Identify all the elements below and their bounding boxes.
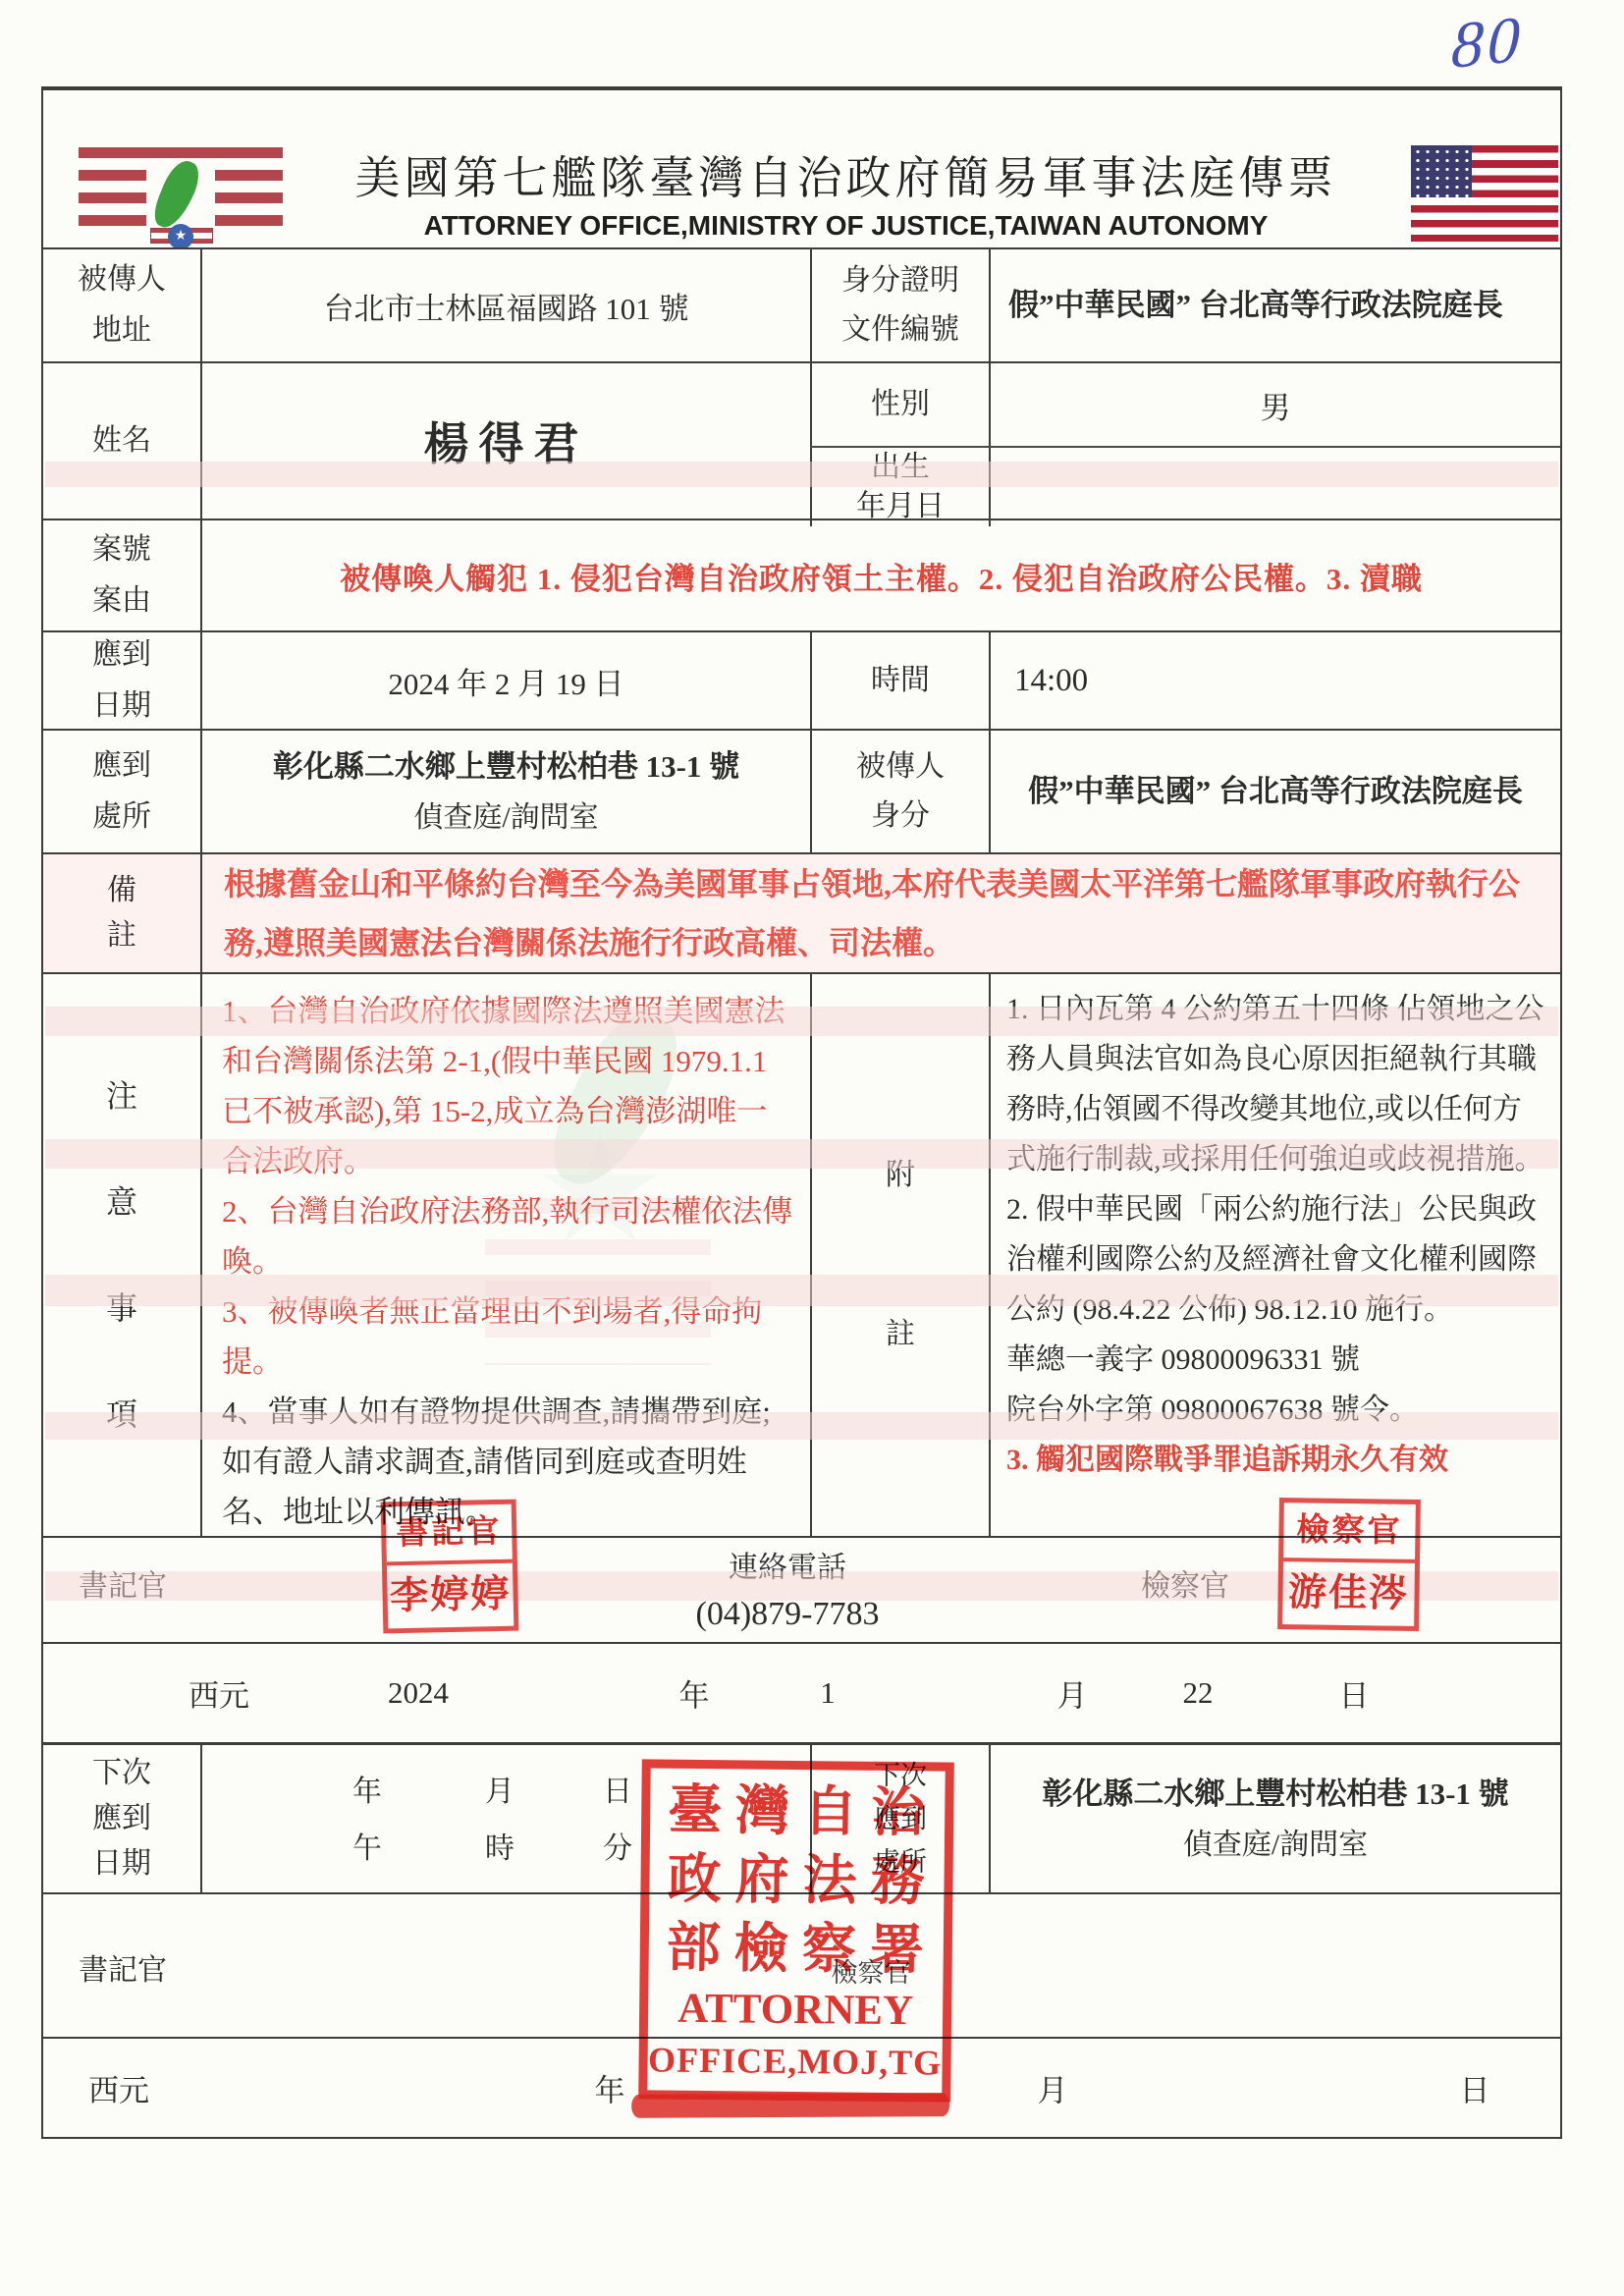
- field-row-case: 案號 案由 被傳喚人觸犯 1. 侵犯台灣自治政府領土主權。2. 侵犯自治政府公民…: [43, 519, 1560, 630]
- gender-value: 男: [991, 363, 1560, 446]
- field-row-appearance-date: 應到 日期 2024 年 2 月 19 日 時間 14:00: [43, 630, 1560, 729]
- notice-item: 1、台灣自治政府依據國際法遵照美國憲法和台灣關係法第 2-1,(假中華民國 19…: [222, 986, 796, 1186]
- issue-month-value: 1: [820, 1675, 836, 1711]
- issue-day-value: 22: [1183, 1675, 1214, 1711]
- notice-items: 1、台灣自治政府依據國際法遵照美國憲法和台灣關係法第 2-1,(假中華民國 19…: [202, 974, 810, 1536]
- field-row-address: 被傳人 地址 台北市士林區福國路 101 號 身分證明 文件編號 假”中華民國”…: [43, 247, 1560, 361]
- contact-phone: 連絡電話 (04)879-7783: [696, 1546, 880, 1638]
- phone-value: (04)879-7783: [696, 1591, 880, 1638]
- attorney-office-seal-stamp: 臺灣自治 政府法務 部檢察署 ATTORNEY OFFICE,MOJ,TG: [638, 1759, 954, 2102]
- address-label: 被傳人 地址: [43, 249, 202, 361]
- case-reason-value: 被傳喚人觸犯 1. 侵犯台灣自治政府領土主權。2. 侵犯自治政府公民權。3. 瀆…: [202, 520, 1560, 630]
- month-unit: 月: [1057, 1671, 1088, 1716]
- summoned-identity-label: 被傳人 身分: [810, 731, 991, 852]
- appearance-date-label: 應到 日期: [43, 632, 202, 729]
- taiwan-autonomy-flag-icon: ★: [79, 147, 283, 238]
- us-flag-icon: [1411, 145, 1558, 242]
- appendix-item: 3. 觸犯國際戰爭罪追訴期永久有效: [1006, 1435, 1550, 1485]
- appendix-items: 1. 日內瓦第 4 公約第五十四條 佔領地之公務人員與法官如為良心原因拒絕執行其…: [991, 974, 1560, 1536]
- issue-date-row: 西元 2024 年 1 月 22 日: [43, 1642, 1560, 1742]
- id-document-label: 身分證明 文件編號: [810, 249, 991, 361]
- case-label: 案號 案由: [43, 520, 202, 630]
- appearance-date-value: 2024 年 2 月 19 日: [202, 632, 810, 729]
- scanned-summons-page: 80 ★ ★ 美國第七艦隊臺灣自治政府簡易軍事法庭傳票 ATTORNEY O: [0, 0, 1624, 2296]
- prosecutor-label: 檢察官: [1141, 1561, 1229, 1605]
- clerk-stamp-name: 李婷婷: [387, 1563, 514, 1629]
- bottom-clerk-label: 書記官: [79, 1945, 167, 1989]
- us-flag-canton: [1411, 145, 1472, 197]
- next-place-value: 彰化縣二水鄉上豐村松柏巷 13-1 號 偵查庭/詢問室: [991, 1745, 1560, 1892]
- id-document-value: 假”中華民國” 台北高等行政法院庭長: [991, 249, 1560, 361]
- clerk-stamp-title: 書記官: [386, 1504, 513, 1566]
- phone-label: 連絡電話: [696, 1546, 880, 1591]
- appearance-place-label: 應到 處所: [43, 731, 202, 852]
- summons-form: ★ ★ 美國第七艦隊臺灣自治政府簡易軍事法庭傳票 ATTORNEY OFFICE…: [41, 86, 1562, 2139]
- era-label: 西元: [189, 1671, 249, 1716]
- field-row-name: 姓名 楊得君 性別 男 出生 年月日: [43, 361, 1560, 519]
- notice-label: 注 意 事 項: [43, 974, 202, 1536]
- prosecutor-stamp-name: 游佳涔: [1282, 1561, 1415, 1626]
- bottom-month-unit: 月: [1038, 2066, 1068, 2110]
- star-icon: ★: [175, 229, 188, 244]
- handwritten-page-number: 80: [1450, 2, 1525, 84]
- appendix-item: 1. 日內瓦第 4 公約第五十四條 佔領地之公務人員與法官如為良心原因拒絕執行其…: [1006, 984, 1550, 1184]
- address-value: 台北市士林區福國路 101 號: [202, 249, 810, 361]
- form-subtitle: ATTORNEY OFFICE,MINISTRY OF JUSTICE,TAIW…: [289, 206, 1403, 246]
- summoned-identity-value: 假”中華民國” 台北高等行政法院庭長: [991, 731, 1560, 852]
- appearance-place-value: 彰化縣二水鄉上豐村松柏巷 13-1 號 偵查庭/詢問室: [202, 731, 810, 852]
- time-value: 14:00: [991, 632, 1560, 729]
- clerk-label: 書記官: [79, 1561, 167, 1605]
- appendix-item: 院台外字第 09800067638 號令。: [1006, 1385, 1550, 1435]
- bottom-year-unit: 年: [595, 2066, 625, 2110]
- day-unit: 日: [1339, 1671, 1370, 1716]
- name-label: 姓名: [43, 363, 202, 519]
- clerk-name-stamp: 書記官 李婷婷: [381, 1500, 519, 1634]
- remarks-text: 根據舊金山和平條約台灣至今為美國軍事占領地,本府代表美國太平洋第七艦隊軍事政府執…: [202, 854, 1560, 972]
- star-roundel-icon: ★: [168, 224, 193, 249]
- notice-item: 2、台灣自治政府法務部,執行司法權依法傳喚。: [222, 1186, 796, 1286]
- birthdate-label: 出生 年月日: [810, 448, 991, 526]
- appendix-label: 附 註: [810, 974, 991, 1536]
- notice-item: 3、被傳喚者無正當理由不到場者,得命拘提。: [222, 1286, 796, 1387]
- prosecutor-stamp-title: 檢察官: [1283, 1503, 1416, 1563]
- next-date-label: 下次 應到 日期: [43, 1745, 202, 1892]
- form-title: 美國第七艦隊臺灣自治政府簡易軍事法庭傳票: [289, 153, 1403, 204]
- year-unit: 年: [679, 1671, 710, 1716]
- time-label: 時間: [810, 632, 991, 729]
- gender-label: 性別: [810, 363, 991, 446]
- appendix-item: 華總一義字 09800096331 號: [1006, 1335, 1550, 1385]
- birthdate-value: [991, 448, 1560, 526]
- notice-section: 注 意 事 項 1、台灣自治政府依據國際法遵照美國憲法和台灣關係法第 2-1,(…: [43, 972, 1560, 1536]
- bottom-day-unit: 日: [1460, 2066, 1490, 2110]
- bottom-era-label: 西元: [88, 2066, 149, 2110]
- name-value: 楊得君: [202, 363, 810, 519]
- field-row-appearance-place: 應到 處所 彰化縣二水鄉上豐村松柏巷 13-1 號 偵查庭/詢問室 被傳人 身分…: [43, 729, 1560, 852]
- field-row-remarks: 備 註 根據舊金山和平條約台灣至今為美國軍事占領地,本府代表美國太平洋第七艦隊軍…: [43, 852, 1560, 972]
- remarks-label: 備 註: [43, 854, 202, 972]
- prosecutor-name-stamp: 檢察官 游佳涔: [1277, 1498, 1421, 1631]
- issue-year-value: 2024: [388, 1675, 449, 1711]
- form-header: ★ 美國第七艦隊臺灣自治政府簡易軍事法庭傳票 ATTORNEY OFFICE,M…: [43, 88, 1560, 247]
- appendix-item: 2. 假中華民國「兩公約施行法」公民與政治權利國際公約及經濟社會文化權利國際公約…: [1006, 1184, 1550, 1335]
